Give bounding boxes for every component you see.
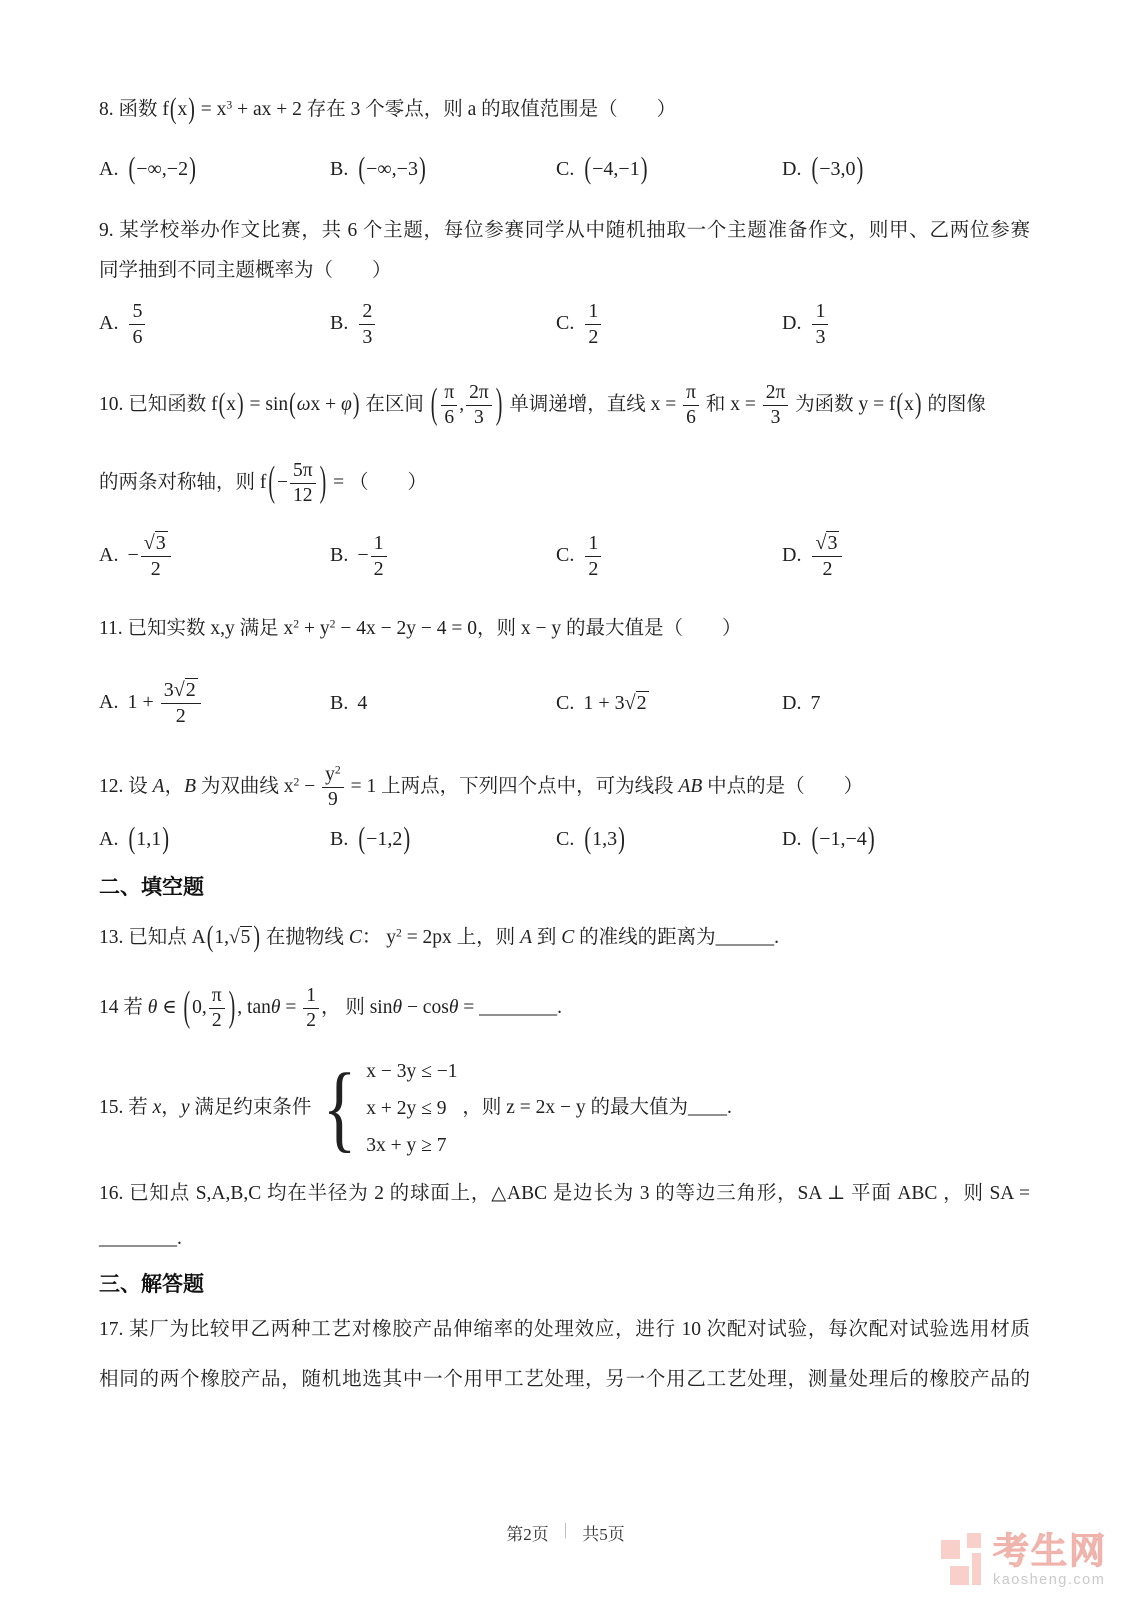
question-17-text-line1: 17. 某厂为比较甲乙两种工艺对橡胶产品伸缩率的处理效应，进行 10 次配对试验… (99, 1316, 1030, 1344)
question-8-text: 8. 函数 f(x) = x3 + ax + 2 存在 3 个零点，则 a 的取… (99, 92, 1030, 127)
question-9-text-line2: 同学抽到不同主题概率为（ ） (99, 257, 1030, 285)
exam-content: 8. 函数 f(x) = x3 + ax + 2 存在 3 个零点，则 a 的取… (0, 0, 1131, 1394)
question-13-text: 13. 已知点 A(1,√5) 在抛物线 C： y2 = 2px 上，则 A 到… (99, 915, 1030, 960)
kaosheng-logo-icon (941, 1533, 981, 1585)
option-10-c: C.12 (556, 532, 782, 580)
option-label: A. (99, 691, 118, 713)
question-12-options: A.(1,1) B.(−1,2) C.(1,3) D.(−1,−4) (99, 821, 1030, 857)
option-label: C. (556, 312, 574, 334)
option-8-b: B.(−∞,−3) (330, 158, 556, 181)
kaosheng-watermark: 考生网 kaosheng.com (941, 1533, 1107, 1588)
option-value: (1,1) (127, 828, 170, 850)
option-9-a: A.56 (99, 300, 330, 348)
question-12-text: 12. 设 A，B 为双曲线 x2 − y29 = 1 上两点，下列四个点中，可… (99, 757, 1030, 817)
option-value: (−∞,−2) (127, 158, 196, 180)
kaosheng-watermark-text: 考生网 kaosheng.com (993, 1533, 1107, 1588)
option-value: (−3,0) (810, 158, 864, 180)
question-16-text-line2: ________. (99, 1226, 1030, 1252)
question-10-text-line2: 的两条对称轴，则 f(−5π12) = （ ） (99, 450, 1030, 515)
option-value: (−4,−1) (583, 158, 648, 180)
question-9-text-line1: 9. 某学校举办作文比赛，共 6 个主题，每位参赛同学从中随机抽取一个主题准备作… (99, 217, 1030, 245)
option-11-b: B.4 (330, 692, 556, 715)
option-value: 12 (583, 312, 603, 334)
option-label: D. (782, 828, 801, 850)
option-8-a: A.(−∞,−2) (99, 158, 330, 181)
option-label: D. (782, 544, 801, 566)
option-12-d: D.(−1,−4) (782, 828, 1030, 851)
option-10-d: D.√32 (782, 532, 1030, 580)
option-11-d: D.7 (782, 692, 1030, 715)
question-11-text: 11. 已知实数 x,y 满足 x2 + y2 − 4x − 2y − 4 = … (99, 613, 1030, 645)
option-label: C. (556, 828, 574, 850)
option-value: 13 (810, 312, 830, 334)
option-11-c: C.1 + 3√2 (556, 692, 782, 715)
option-label: C. (556, 158, 574, 180)
option-9-b: B.23 (330, 300, 556, 348)
watermark-site-domain: kaosheng.com (993, 1572, 1107, 1588)
question-16-text-line1: 16. 已知点 S,A,B,C 均在半径为 2 的球面上，△ABC 是边长为 3… (99, 1180, 1030, 1208)
option-value: −12 (357, 544, 388, 566)
option-label: A. (99, 312, 118, 334)
option-label: B. (330, 158, 348, 180)
question-10-options: A.−√32 B.−12 C.12 D.√32 (99, 525, 1030, 587)
option-value: 12 (583, 544, 603, 566)
option-12-c: C.(1,3) (556, 828, 782, 851)
option-value: (−1,2) (357, 828, 411, 850)
section-heading-solve: 三、解答题 (99, 1270, 1030, 1300)
option-value: 7 (810, 692, 820, 714)
question-11-options: A.1 + 3√22 B.4 C.1 + 3√2 D.7 (99, 667, 1030, 739)
option-label: B. (330, 692, 348, 714)
option-label: B. (330, 544, 348, 566)
option-10-a: A.−√32 (99, 532, 330, 580)
option-value: −√32 (127, 544, 172, 566)
option-label: B. (330, 312, 348, 334)
option-value: (−1,−4) (810, 828, 875, 850)
option-label: B. (330, 828, 348, 850)
question-10-text-line1: 10. 已知函数 f(x) = sin(ωx + φ) 在区间 (π6,2π3)… (99, 367, 1030, 442)
footer-divider: | (564, 1520, 567, 1545)
option-8-d: D.(−3,0) (782, 158, 1030, 181)
question-15-text: 15. 若 x，y 满足约束条件 {x − 3y ≤ −1x + 2y ≤ 93… (99, 1053, 1030, 1164)
option-label: A. (99, 158, 118, 180)
exam-page: 8. 函数 f(x) = x3 + ax + 2 存在 3 个零点，则 a 的取… (0, 0, 1131, 1600)
option-8-c: C.(−4,−1) (556, 158, 782, 181)
option-value: (−∞,−3) (357, 158, 426, 180)
option-label: D. (782, 158, 801, 180)
section-heading-fill-blank: 二、填空题 (99, 873, 1030, 903)
question-14-text: 14 若 θ ∈ (0,π2), tanθ = 12， 则 sinθ − cos… (99, 974, 1030, 1041)
option-label: D. (782, 312, 801, 334)
option-11-a: A.1 + 3√22 (99, 679, 330, 727)
option-label: A. (99, 828, 118, 850)
question-17-text-line2: 相同的两个橡胶产品，随机地选其中一个用甲工艺处理，另一个用乙工艺处理，测量处理后… (99, 1366, 1030, 1394)
footer-page-number: 第2页 (506, 1520, 549, 1545)
question-8-options: A.(−∞,−2) B.(−∞,−3) C.(−4,−1) D.(−3,0) (99, 151, 1030, 187)
option-label: C. (556, 692, 574, 714)
footer-total-pages: 共5页 (582, 1520, 625, 1545)
option-value: 56 (127, 312, 147, 334)
option-value: √32 (810, 544, 844, 566)
option-10-b: B.−12 (330, 532, 556, 580)
option-value: 23 (357, 312, 377, 334)
option-label: D. (782, 692, 801, 714)
option-9-d: D.13 (782, 300, 1030, 348)
question-9-options: A.56 B.23 C.12 D.13 (99, 293, 1030, 355)
option-label: A. (99, 544, 118, 566)
option-12-b: B.(−1,2) (330, 828, 556, 851)
option-9-c: C.12 (556, 300, 782, 348)
watermark-site-name: 考生网 (993, 1533, 1107, 1569)
option-12-a: A.(1,1) (99, 828, 330, 851)
option-value: 4 (357, 692, 367, 714)
option-value: 1 + 3√2 (583, 691, 648, 714)
option-value: (1,3) (583, 828, 626, 850)
option-label: C. (556, 544, 574, 566)
option-value: 1 + 3√22 (127, 691, 202, 713)
